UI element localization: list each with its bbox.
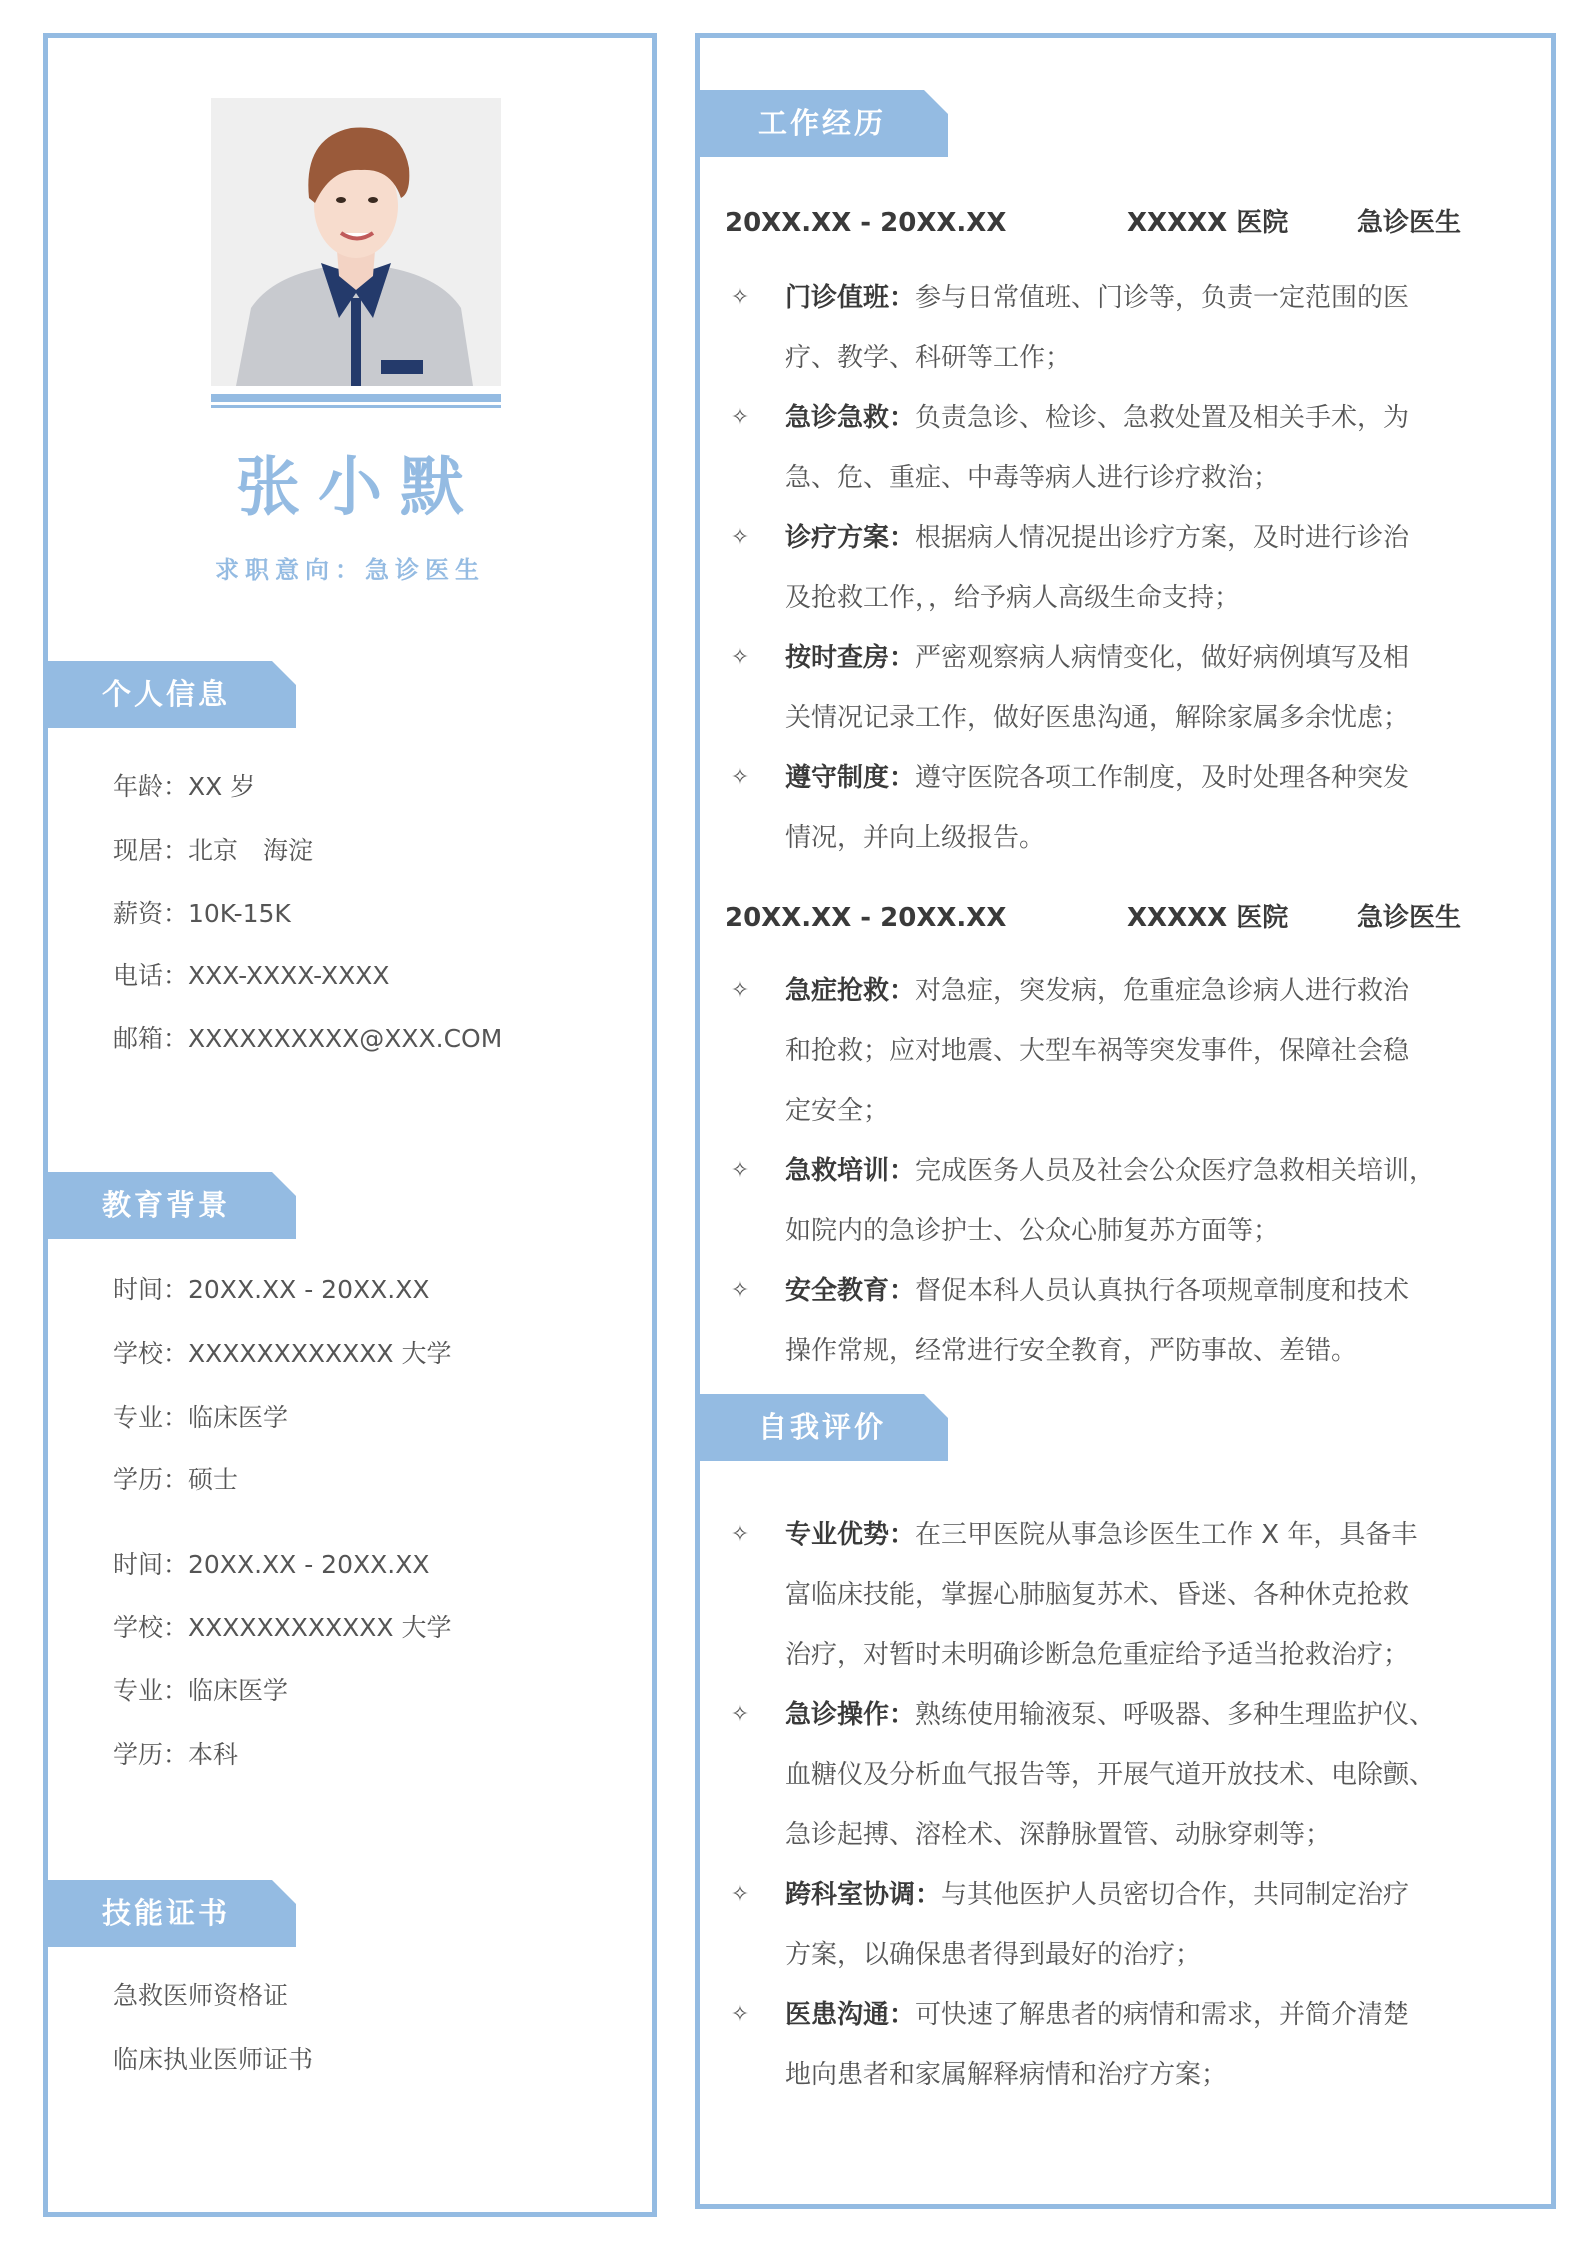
section-title: 技能证书 xyxy=(102,1880,230,1947)
bullet-text: 疗、教学、科研等工作； xyxy=(785,328,1525,388)
left-panel: 张小默 求职意向：急诊医生 个人信息 年龄：XX 岁 现居：北京 海淀 薪资：1… xyxy=(43,33,657,2217)
bullet-label: 急救培训： xyxy=(785,1156,915,1186)
star-bullet-icon: ✧ xyxy=(725,628,755,688)
photo-underline-thin xyxy=(211,405,501,408)
star-bullet-icon: ✧ xyxy=(725,961,755,1021)
bullet-label: 急诊急救： xyxy=(785,403,915,433)
bullet-text: 方案，以确保患者得到最好的治疗； xyxy=(785,1925,1525,1985)
section-header-work: 工作经历 xyxy=(700,90,948,157)
bullet-text: 根据病人情况提出诊疗方案，及时进行诊治 xyxy=(915,523,1409,553)
section-header-self-eval: 自我评价 xyxy=(700,1394,948,1461)
job-role: 急诊医生 xyxy=(1357,900,1461,936)
edu-major: 专业：临床医学 xyxy=(113,1674,288,1708)
bullet-text: 血糖仪及分析血气报告等，开展气道开放技术、电除颤、 xyxy=(785,1745,1525,1805)
avatar-illustration-icon xyxy=(211,98,501,386)
section-header-education: 教育背景 xyxy=(48,1172,296,1239)
section-title: 自我评价 xyxy=(758,1394,886,1461)
bullet-label: 安全教育： xyxy=(785,1276,915,1306)
bullet-label: 专业优势： xyxy=(785,1520,915,1550)
star-bullet-icon: ✧ xyxy=(725,1865,755,1925)
candidate-name: 张小默 xyxy=(48,448,652,528)
bullet-label: 急诊操作： xyxy=(785,1700,915,1730)
edu-degree: 学历：硕士 xyxy=(113,1463,238,1497)
job-org: XXXXX 医院 xyxy=(1127,205,1288,241)
bullet-text: 定安全； xyxy=(785,1081,1525,1141)
star-bullet-icon: ✧ xyxy=(725,388,755,448)
star-bullet-icon: ✧ xyxy=(725,268,755,328)
edu-time: 时间：20XX.XX - 20XX.XX xyxy=(113,1273,429,1307)
section-header-personal: 个人信息 xyxy=(48,661,296,728)
profile-photo xyxy=(211,98,501,386)
edu-school: 学校：XXXXXXXXXXXX 大学 xyxy=(113,1611,451,1645)
edu-major: 专业：临床医学 xyxy=(113,1401,288,1435)
bullet-text: 参与日常值班、门诊等，负责一定范围的医 xyxy=(915,283,1409,313)
bullet-text: 如院内的急诊护士、公众心肺复苏方面等； xyxy=(785,1201,1525,1261)
star-bullet-icon: ✧ xyxy=(725,1505,755,1565)
bullet-text: 遵守医院各项工作制度，及时处理各种突发 xyxy=(915,763,1409,793)
bullet-text: 督促本科人员认真执行各项规章制度和技术 xyxy=(915,1276,1409,1306)
section-title: 工作经历 xyxy=(758,90,886,157)
bullet-label: 遵守制度： xyxy=(785,763,915,793)
section-title: 个人信息 xyxy=(102,661,230,728)
bullet-text: 及抢救工作，，给予病人高级生命支持； xyxy=(785,568,1525,628)
bullet-text: 急诊起搏、溶栓术、深静脉置管、动脉穿刺等； xyxy=(785,1805,1525,1865)
bullet-label: 门诊值班： xyxy=(785,283,915,313)
info-salary: 薪资：10K-15K xyxy=(113,897,291,931)
star-bullet-icon: ✧ xyxy=(725,1141,755,1201)
star-bullet-icon: ✧ xyxy=(725,748,755,808)
info-age: 年龄：XX 岁 xyxy=(113,770,255,804)
job-date: 20XX.XX - 20XX.XX xyxy=(725,900,1006,936)
edu-degree: 学历：本科 xyxy=(113,1738,238,1772)
job-org: XXXXX 医院 xyxy=(1127,900,1288,936)
bullet-label: 医患沟通： xyxy=(785,2000,915,2030)
bullet-text: 在三甲医院从事急诊医生工作 X 年，具备丰 xyxy=(915,1520,1417,1550)
bullet-label: 按时查房： xyxy=(785,643,915,673)
job-role: 急诊医生 xyxy=(1357,205,1461,241)
star-bullet-icon: ✧ xyxy=(725,1985,755,2045)
skill-item: 急救医师资格证 xyxy=(113,1979,288,2013)
bullet-text: 熟练使用输液泵、呼吸器、多种生理监护仪、 xyxy=(915,1700,1435,1730)
bullet-text: 严密观察病人病情变化，做好病例填写及相 xyxy=(915,643,1409,673)
bullet-text: 治疗，对暂时未明确诊断急危重症给予适当抢救治疗； xyxy=(785,1625,1525,1685)
job-header: 20XX.XX - 20XX.XX XXXXX 医院 急诊医生 xyxy=(725,900,1545,936)
bullet-text: 可快速了解患者的病情和需求，并简介清楚 xyxy=(915,2000,1409,2030)
section-header-skills: 技能证书 xyxy=(48,1880,296,1947)
bullet-label: 急症抢救： xyxy=(785,976,915,1006)
bullet-text: 负责急诊、检诊、急救处置及相关手术，为 xyxy=(915,403,1409,433)
info-phone: 电话：XXX-XXXX-XXXX xyxy=(113,959,389,993)
info-location: 现居：北京 海淀 xyxy=(113,834,313,868)
bullet-label: 跨科室协调： xyxy=(785,1880,941,1910)
edu-school: 学校：XXXXXXXXXXXX 大学 xyxy=(113,1337,451,1371)
bullet-text: 和抢救；应对地震、大型车祸等突发事件，保障社会稳 xyxy=(785,1021,1525,1081)
bullet-text: 地向患者和家属解释病情和治疗方案； xyxy=(785,2045,1525,2105)
star-bullet-icon: ✧ xyxy=(725,1685,755,1745)
photo-underline-thick xyxy=(211,394,501,402)
bullet-text: 关情况记录工作，做好医患沟通，解除家属多余忧虑； xyxy=(785,688,1525,748)
bullet-text: 操作常规，经常进行安全教育，严防事故、差错。 xyxy=(785,1321,1525,1381)
bullet-text: 完成医务人员及社会公众医疗急救相关培训， xyxy=(915,1156,1435,1186)
bullet-text: 对急症，突发病，危重症急诊病人进行救治 xyxy=(915,976,1409,1006)
bullet-label: 诊疗方案： xyxy=(785,523,915,553)
job-header: 20XX.XX - 20XX.XX XXXXX 医院 急诊医生 xyxy=(725,205,1545,241)
bullet-text: 情况，并向上级报告。 xyxy=(785,808,1525,868)
info-email: 邮箱：XXXXXXXXXX@XXX.COM xyxy=(113,1022,502,1056)
star-bullet-icon: ✧ xyxy=(725,508,755,568)
section-title: 教育背景 xyxy=(102,1172,230,1239)
star-bullet-icon: ✧ xyxy=(725,1261,755,1321)
job-date: 20XX.XX - 20XX.XX xyxy=(725,205,1006,241)
bullet-text: 急、危、重症、中毒等病人进行诊疗救治； xyxy=(785,448,1525,508)
job-intent: 求职意向：急诊医生 xyxy=(48,553,652,587)
bullet-text: 富临床技能，掌握心肺脑复苏术、昏迷、各种休克抢救 xyxy=(785,1565,1525,1625)
bullet-text: 与其他医护人员密切合作，共同制定治疗 xyxy=(941,1880,1409,1910)
edu-time: 时间：20XX.XX - 20XX.XX xyxy=(113,1548,429,1582)
skill-item: 临床执业医师证书 xyxy=(113,2043,313,2077)
right-panel: 工作经历 20XX.XX - 20XX.XX XXXXX 医院 急诊医生 ✧ 门… xyxy=(695,33,1556,2209)
